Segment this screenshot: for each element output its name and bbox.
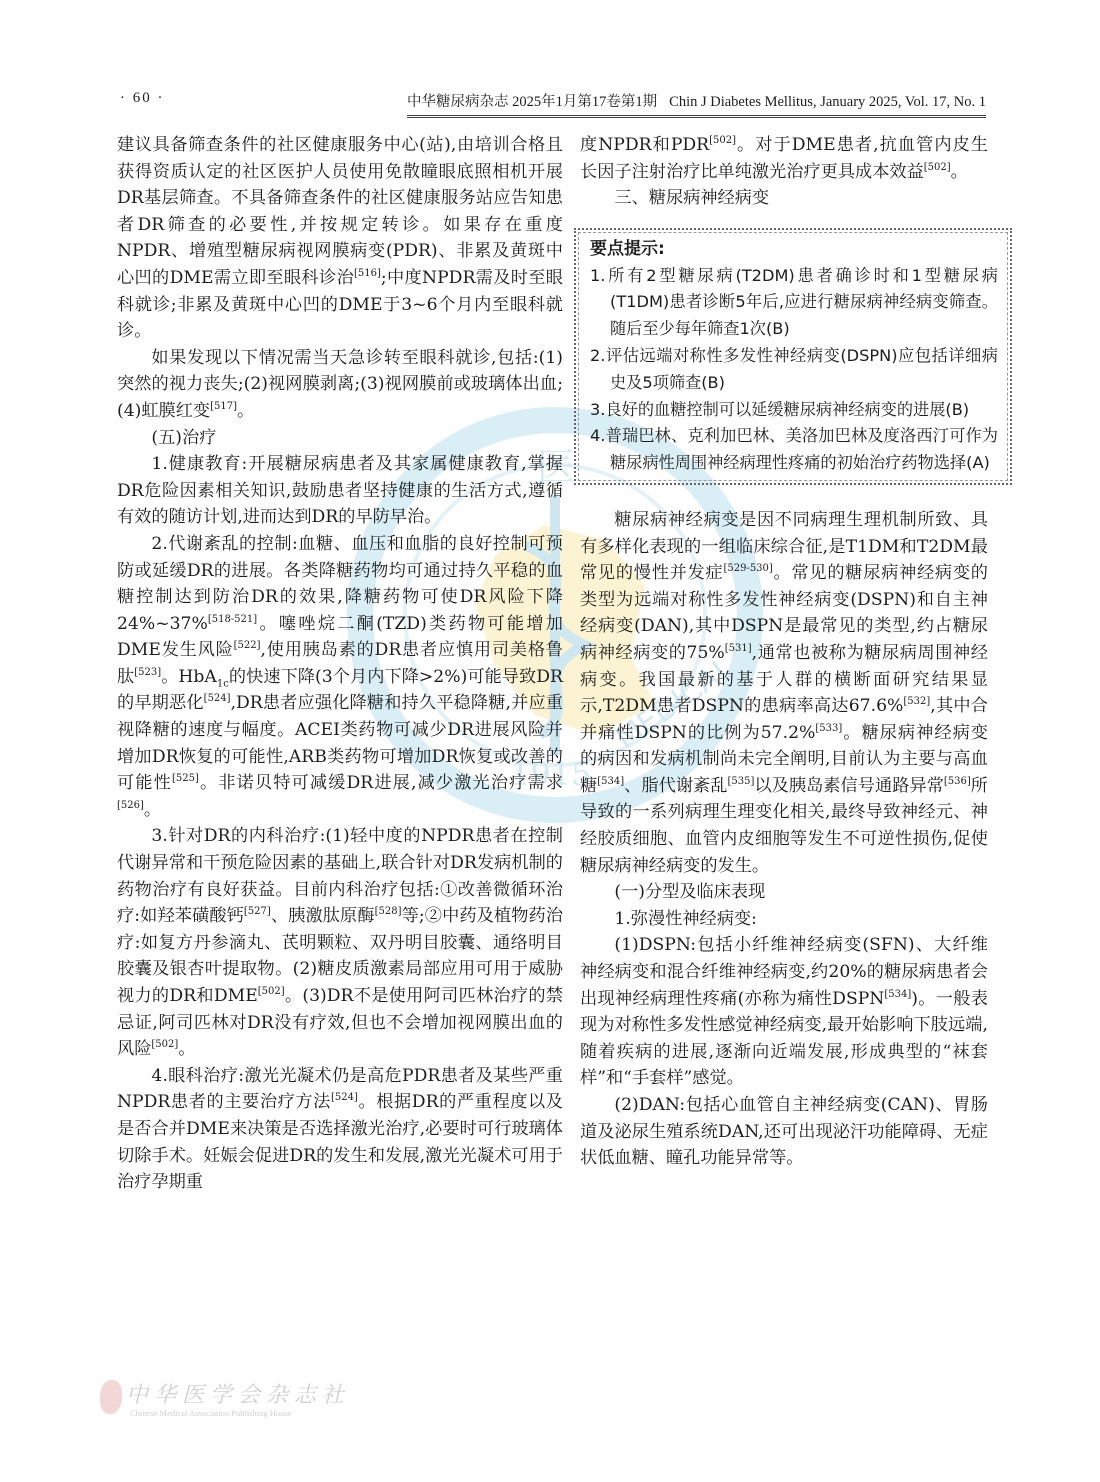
journal-citation: 中华糖尿病杂志 2025年1月第17卷第1期Chin J Diabetes Me…	[407, 90, 986, 118]
citation[interactable]: [523]	[134, 667, 161, 678]
citation[interactable]: [522]	[234, 640, 261, 651]
citation[interactable]: [518-521]	[208, 614, 257, 625]
key-point-item: 1.所有2型糖尿病(T2DM)患者确诊时和1型糖尿病(T1DM)患者诊断5年后,…	[590, 263, 998, 343]
paragraph: 3.针对DR的内科治疗:(1)轻中度的NPDR患者在控制代谢异常和干预危险因素的…	[117, 823, 563, 1062]
page-number: · 60 ·	[120, 90, 165, 107]
publisher-seal-icon	[100, 1380, 122, 1414]
subsection-heading: (一)分型及临床表现	[580, 879, 988, 906]
citation[interactable]: [527]	[244, 906, 271, 917]
paragraph: 如果发现以下情况需当天急诊转至眼科就诊,包括:(1)突然的视力丧失;(2)视网膜…	[117, 345, 563, 425]
section-heading: 三、糖尿病神经病变	[580, 185, 988, 212]
citation[interactable]: [535]	[728, 776, 755, 787]
citation[interactable]: [502]	[151, 1039, 178, 1050]
citation[interactable]: [524]	[331, 1092, 358, 1103]
paragraph: (1)DSPN:包括小纤维神经病变(SFN)、大纤维神经病变和混合纤维神经病变,…	[580, 932, 988, 1092]
citation[interactable]: [528]	[375, 906, 402, 917]
citation[interactable]: [502]	[258, 986, 285, 997]
citation[interactable]: [526]	[117, 800, 144, 811]
citation[interactable]: [517]	[210, 401, 237, 412]
paragraph: 2.代谢紊乱的控制:血糖、血压和血脂的良好控制可预防或延缓DR的进展。各类降糖药…	[117, 531, 563, 824]
citation[interactable]: [532]	[903, 696, 930, 707]
running-header: · 60 · 中华糖尿病杂志 2025年1月第17卷第1期Chin J Diab…	[120, 86, 986, 114]
paragraph: 度NPDR和PDR[502]。对于DME患者,抗血管内皮生长因子注射治疗比单纯激…	[580, 132, 988, 185]
key-point-item: 3.良好的血糖控制可以延缓糖尿病神经病变的进展(B)	[590, 397, 998, 424]
citation[interactable]: [533]	[815, 723, 842, 734]
key-point-item: 4.普瑞巴林、克利加巴林、美洛加巴林及度洛西汀可作为糖尿病性周围神经病理性疼痛的…	[590, 423, 998, 477]
key-point-item: 2.评估远端对称性多发性神经病变(DSPN)应包括详细病史及5项筛查(B)	[590, 343, 998, 397]
key-points-box: 要点提示: 1.所有2型糖尿病(T2DM)患者确诊时和1型糖尿病(T1DM)患者…	[574, 228, 1012, 485]
subsection-heading: 1.弥漫性神经病变:	[580, 906, 988, 933]
citation[interactable]: [536]	[944, 776, 971, 787]
citation[interactable]: [534]	[884, 989, 911, 1000]
citation[interactable]: [516]	[354, 268, 381, 279]
paragraph: 建议具备筛查条件的社区健康服务中心(站),由培训合格且获得资质认定的社区医护人员…	[117, 132, 563, 345]
key-points-title: 要点提示:	[590, 236, 998, 263]
paragraph: (2)DAN:包括心血管自主神经病变(CAN)、胃肠道及泌尿生殖系统DAN,还可…	[580, 1092, 988, 1172]
paragraph: 4.眼科治疗:激光光凝术仍是高危PDR患者及某些严重NPDR患者的主要治疗方法[…	[117, 1063, 563, 1196]
citation[interactable]: [502]	[709, 135, 736, 146]
journal-title-en: Chin J Diabetes Mellitus, January 2025, …	[669, 94, 986, 110]
citation[interactable]: [525]	[172, 773, 199, 784]
citation[interactable]: [502]	[924, 162, 951, 173]
paragraph: 糖尿病神经病变是因不同病理生理机制所致、具有多样化表现的一组临床综合征,是T1D…	[580, 507, 988, 879]
left-column: 建议具备筛查条件的社区健康服务中心(站),由培训合格且获得资质认定的社区医护人员…	[117, 132, 563, 1196]
publisher-logo: 中华医学会杂志社 Chinese Medical Association Pub…	[100, 1378, 420, 1438]
publisher-name-en: Chinese Medical Association Publishing H…	[130, 1408, 292, 1418]
paragraph: 1.健康教育:开展糖尿病患者及其家属健康教育,掌握DR危险因素相关知识,鼓励患者…	[117, 451, 563, 531]
citation[interactable]: [524]	[204, 693, 231, 704]
right-column: 度NPDR和PDR[502]。对于DME患者,抗血管内皮生长因子注射治疗比单纯激…	[580, 132, 988, 1172]
publisher-name-cn: 中华医学会杂志社	[126, 1378, 350, 1409]
journal-title-cn: 中华糖尿病杂志 2025年1月第17卷第1期	[407, 94, 657, 110]
citation[interactable]: [534]	[597, 776, 624, 787]
citation[interactable]: [529-530]	[723, 563, 772, 574]
section-heading: (五)治疗	[117, 425, 563, 452]
citation[interactable]: [531]	[725, 643, 752, 654]
